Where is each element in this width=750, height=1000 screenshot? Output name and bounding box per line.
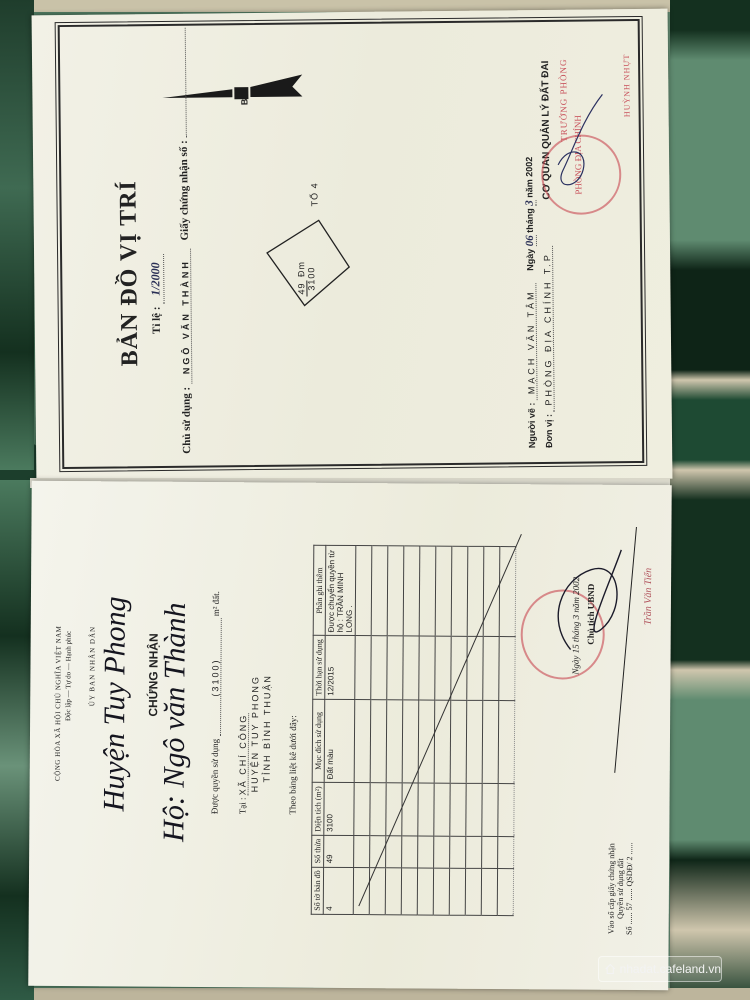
signature-underline xyxy=(610,525,642,775)
col-notes: Phần ghi thêm xyxy=(313,545,326,636)
scale-label: Tỉ lệ : xyxy=(151,306,163,334)
commune: XÃ CHÍ CÔNG xyxy=(238,714,250,796)
col-map-sheet: Số tờ bản đồ xyxy=(311,867,323,915)
country-name: CỘNG HÒA XÃ HỘI CHỦ NGHĨA VIỆT NAM xyxy=(54,626,63,781)
table-intro: Theo bảng liệt kê dưới đây: xyxy=(287,715,298,814)
cert-no-label: Giấy chứng nhận số : xyxy=(178,140,191,240)
page-title: BẢN ĐỒ VỊ TRÍ xyxy=(115,180,144,366)
location-map-page: B BẢN ĐỒ VỊ TRÍ Tỉ lệ : 1/2000 Chủ sử dụ… xyxy=(32,9,673,486)
registry-line-1: Vào sổ cấp giấy chứng nhận xyxy=(607,842,617,935)
watermark-text: nhadat.cafeland.vn xyxy=(620,962,721,976)
col-area: Diện tích (m²) xyxy=(312,783,324,836)
drawn-by-value: MẠCH VĂN TÂM xyxy=(525,283,537,400)
area-value: (3100) xyxy=(210,618,222,736)
owner-label: Chủ sử dụng : xyxy=(180,387,193,454)
north-letter: B xyxy=(239,99,249,106)
cert-no-field xyxy=(185,28,187,138)
holder-handwritten: Hộ: Ngô văn Thành xyxy=(157,602,193,841)
district-handwritten: Huyện Tuy Phong xyxy=(97,596,132,811)
group-label: TỔ 4 xyxy=(309,182,319,206)
parcel-area: 3100 xyxy=(306,261,316,297)
area-unit: m² đất. xyxy=(211,591,221,616)
watermark: nhadat.cafeland.vn xyxy=(598,956,722,982)
date-line: Ngày 06 tháng 3 năm 2002 xyxy=(524,157,535,271)
drawn-by-label: Người vẽ : xyxy=(527,403,537,449)
chairman-name: Trần Văn Tiến xyxy=(643,568,654,625)
area-row: Được quyền sử dụng (3100) m² đất. xyxy=(209,591,222,814)
committee-label: ỦY BAN NHÂN DÂN xyxy=(88,626,97,706)
location-label: Tại : xyxy=(237,797,247,814)
parcel-label: 49 Đm 3100 xyxy=(296,261,316,297)
scale-value: 1/2000 xyxy=(148,254,165,304)
col-parcel-no: Số thửa xyxy=(312,835,324,867)
district: HUYỆN TUY PHONG xyxy=(250,675,261,792)
house-icon xyxy=(605,962,616,976)
agency-signature xyxy=(542,89,623,200)
registry-line-3: Số ...... 57 ...... QSDĐ/ 2 ...... xyxy=(625,842,635,935)
unit-label: Đơn vị : xyxy=(544,414,554,448)
table-strike-line xyxy=(339,531,542,912)
land-use-certificate-page: CỘNG HÒA XÃ HỘI CHỦ NGHĨA VIỆT NAM Độc l… xyxy=(28,481,672,990)
date-year: 2002 xyxy=(524,157,534,177)
province: TỈNH BÌNH THUẬN xyxy=(262,674,273,782)
col-term: Thời hạn sử dụng xyxy=(313,636,325,699)
location-row: Tại : XÃ CHÍ CÔNG xyxy=(237,714,249,815)
motto: Độc lập — Tự do — Hạnh phúc xyxy=(64,631,73,721)
right-label: Được quyền sử dụng xyxy=(209,739,220,814)
parcel-type: Đm xyxy=(296,261,306,277)
owner-value: NGÔ VĂN THÀNH xyxy=(180,249,192,384)
map-signer: HUỲNH NHỰT xyxy=(622,54,632,118)
date-month: 3 xyxy=(524,200,537,206)
col-purpose: Mục đích sử dụng xyxy=(312,699,325,783)
registry-block: Vào sổ cấp giấy chứng nhận Quyền sử dụng… xyxy=(607,842,635,935)
unit-value: PHÒNG ĐỊA CHÍNH T.P xyxy=(542,246,555,411)
scale-row: Tỉ lệ : 1/2000 xyxy=(148,254,165,334)
date-day: 06 xyxy=(524,235,537,246)
